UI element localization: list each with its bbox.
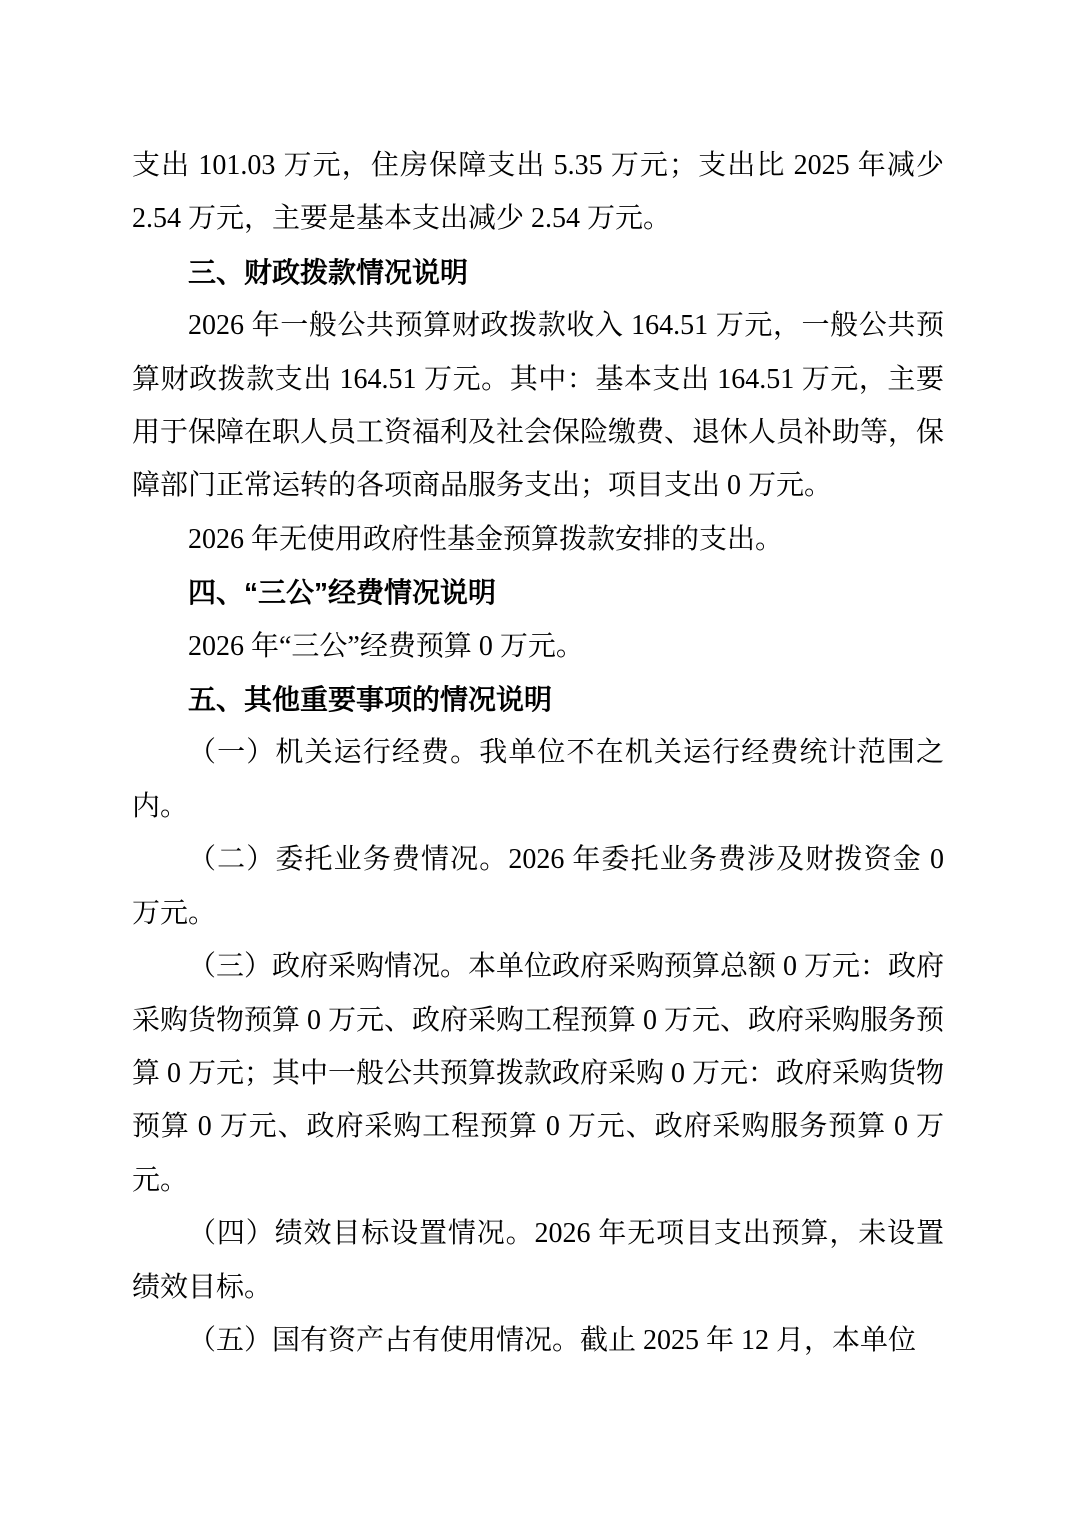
- body-paragraph: 2026 年“三公”经费预算 0 万元。: [132, 620, 944, 673]
- body-paragraph: （二）委托业务费情况。2026 年委托业务费涉及财拨资金 0 万元。: [132, 833, 944, 940]
- section-heading: 三、财政拨款情况说明: [132, 246, 944, 299]
- body-paragraph: 支出 101.03 万元，住房保障支出 5.35 万元；支出比 2025 年减少…: [132, 139, 944, 246]
- section-heading: 四、“三公”经费情况说明: [132, 566, 944, 619]
- body-paragraph: 2026 年一般公共预算财政拨款收入 164.51 万元，一般公共预算财政拨款支…: [132, 299, 944, 513]
- body-paragraph: （三）政府采购情况。本单位政府采购预算总额 0 万元：政府采购货物预算 0 万元…: [132, 940, 944, 1207]
- body-paragraph: （四）绩效目标设置情况。2026 年无项目支出预算，未设置绩效目标。: [132, 1207, 944, 1314]
- document-page: 支出 101.03 万元，住房保障支出 5.35 万元；支出比 2025 年减少…: [0, 0, 1074, 1520]
- section-heading: 五、其他重要事项的情况说明: [132, 673, 944, 726]
- document-content: 支出 101.03 万元，住房保障支出 5.35 万元；支出比 2025 年减少…: [132, 139, 944, 1367]
- body-paragraph: （一）机关运行经费。我单位不在机关运行经费统计范围之内。: [132, 726, 944, 833]
- body-paragraph: （五）国有资产占有使用情况。截止 2025 年 12 月，本单位: [132, 1314, 944, 1367]
- body-paragraph: 2026 年无使用政府性基金预算拨款安排的支出。: [132, 513, 944, 566]
